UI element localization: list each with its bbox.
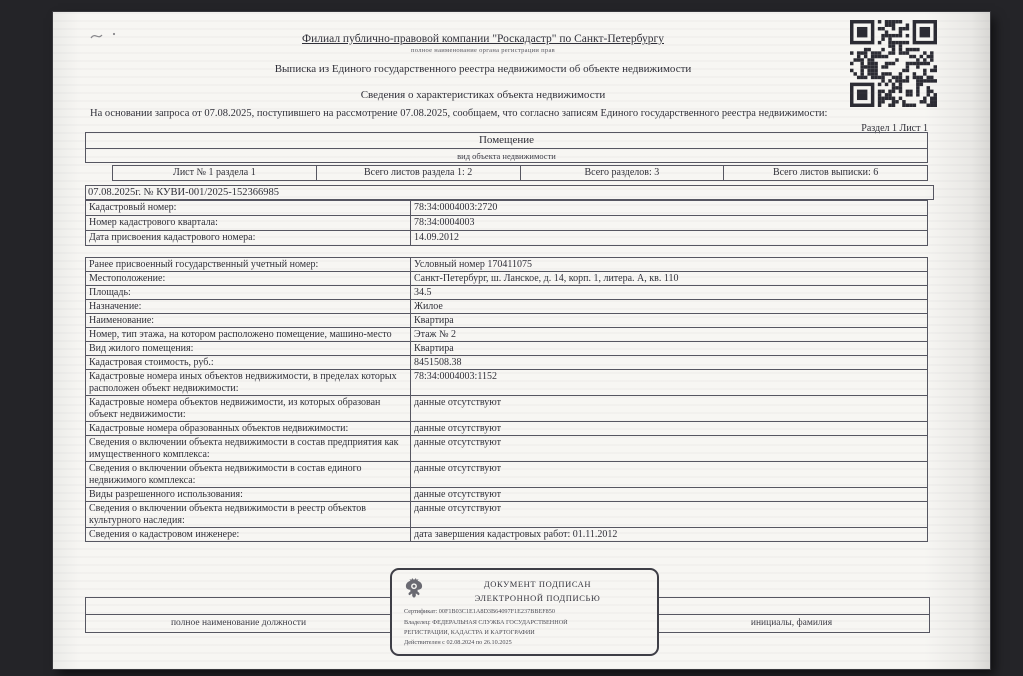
object-type-caption: вид объекта недвижимости bbox=[86, 149, 928, 163]
table-row: Местоположение:Санкт-Петербург, ш. Ланск… bbox=[86, 272, 928, 286]
stamp-line2: ЭЛЕКТРОННОЙ ПОДПИСЬЮ bbox=[422, 593, 653, 603]
sheet-info-cell: Всего разделов: 3 bbox=[520, 166, 724, 181]
row-label: Дата присвоения кадастрового номера: bbox=[86, 231, 411, 246]
row-label: Сведения о включении объекта недвижимост… bbox=[86, 462, 411, 488]
table-row: Ранее присвоенный государственный учетны… bbox=[86, 258, 928, 272]
row-value: данные отсутствуют bbox=[411, 422, 928, 436]
sheet-info-cell: Всего листов раздела 1: 2 bbox=[316, 166, 520, 181]
row-value: данные отсутствуют bbox=[411, 502, 928, 528]
table-row: Сведения о включении объекта недвижимост… bbox=[86, 462, 928, 488]
table-row: Сведения о включении объекта недвижимост… bbox=[86, 502, 928, 528]
stamp-owner-line2: РЕГИСТРАЦИИ, КАДАСТРА И КАРТОГРАФИИ bbox=[404, 629, 651, 636]
stamp-validity: Действителен с 02.08.2024 по 26.10.2025 bbox=[404, 639, 651, 646]
digital-signature-stamp: ДОКУМЕНТ ПОДПИСАН ЭЛЕКТРОННОЙ ПОДПИСЬЮ С… bbox=[390, 568, 659, 656]
row-label: Ранее присвоенный государственный учетны… bbox=[86, 258, 411, 272]
org-name: Филиал публично-правовой компании "Роска… bbox=[53, 33, 913, 45]
row-label: Кадастровый номер: bbox=[86, 201, 411, 216]
row-label: Кадастровые номера иных объектов недвижи… bbox=[86, 370, 411, 396]
row-value: 78:34:0004003:1152 bbox=[411, 370, 928, 396]
document-title: Выписка из Единого государственного реес… bbox=[53, 63, 913, 75]
table-row: Наименование:Квартира bbox=[86, 314, 928, 328]
row-value: 34.5 bbox=[411, 286, 928, 300]
sheet-info-cell: Всего листов выписки: 6 bbox=[724, 166, 928, 181]
row-value: Условный номер 170411075 bbox=[411, 258, 928, 272]
row-label: Сведения о кадастровом инженере: bbox=[86, 528, 411, 542]
row-label: Кадастровые номера образованных объектов… bbox=[86, 422, 411, 436]
stamp-certificate: Сертификат: 00F1B03C1E1A8D3B64097F1E237B… bbox=[404, 608, 651, 615]
row-value: данные отсутствуют bbox=[411, 396, 928, 422]
table-row: Номер, тип этажа, на котором расположено… bbox=[86, 328, 928, 342]
table-row: Кадастровая стоимость, руб.:8451508.38 bbox=[86, 356, 928, 370]
object-type-value: Помещение bbox=[86, 133, 928, 149]
org-name-caption: полное наименование органа регистрации п… bbox=[53, 47, 913, 54]
cadastral-table: Кадастровый номер:78:34:0004003:2720 Ном… bbox=[85, 200, 928, 246]
object-type-table: Помещение вид объекта недвижимости bbox=[85, 132, 928, 163]
row-label: Площадь: bbox=[86, 286, 411, 300]
sheet-info-table: Лист № 1 раздела 1 Всего листов раздела … bbox=[112, 165, 928, 181]
sheet-info-cell: Лист № 1 раздела 1 bbox=[113, 166, 317, 181]
row-value: данные отсутствуют bbox=[411, 462, 928, 488]
row-value: Квартира bbox=[411, 342, 928, 356]
row-value: 78:34:0004003 bbox=[411, 216, 928, 231]
table-row: Вид жилого помещения:Квартира bbox=[86, 342, 928, 356]
row-label: Виды разрешенного использования: bbox=[86, 488, 411, 502]
table-row: Сведения о включении объекта недвижимост… bbox=[86, 436, 928, 462]
section-title: Сведения о характеристиках объекта недви… bbox=[53, 89, 913, 101]
row-value: Квартира bbox=[411, 314, 928, 328]
name-caption: инициалы, фамилия bbox=[654, 618, 929, 628]
stamp-line1: ДОКУМЕНТ ПОДПИСАН bbox=[422, 579, 653, 589]
position-caption: полное наименование должности bbox=[86, 618, 391, 628]
row-label: Номер кадастрового квартала: bbox=[86, 216, 411, 231]
table-row: Площадь:34.5 bbox=[86, 286, 928, 300]
row-value: 78:34:0004003:2720 bbox=[411, 201, 928, 216]
row-value: 14.09.2012 bbox=[411, 231, 928, 246]
row-value: 8451508.38 bbox=[411, 356, 928, 370]
row-value: Жилое bbox=[411, 300, 928, 314]
request-number: 07.08.2025г. № КУВИ-001/2025-152366985 bbox=[85, 185, 934, 200]
table-row: Кадастровые номера образованных объектов… bbox=[86, 422, 928, 436]
table-row: Кадастровые номера объектов недвижимости… bbox=[86, 396, 928, 422]
characteristics-table: Ранее присвоенный государственный учетны… bbox=[85, 257, 928, 542]
row-value: дата завершения кадастровых работ: 01.11… bbox=[411, 528, 928, 542]
row-value: данные отсутствуют bbox=[411, 436, 928, 462]
row-label: Местоположение: bbox=[86, 272, 411, 286]
row-label: Номер, тип этажа, на котором расположено… bbox=[86, 328, 411, 342]
coat-of-arms-icon bbox=[405, 577, 423, 599]
table-row: Сведения о кадастровом инженере:дата зав… bbox=[86, 528, 928, 542]
row-label: Кадастровая стоимость, руб.: bbox=[86, 356, 411, 370]
row-label: Сведения о включении объекта недвижимост… bbox=[86, 436, 411, 462]
row-value: данные отсутствуют bbox=[411, 488, 928, 502]
document-page: Филиал публично-правовой компании "Роска… bbox=[53, 12, 990, 669]
table-row: Виды разрешенного использования:данные о… bbox=[86, 488, 928, 502]
basis-line: На основании запроса от 07.08.2025, пост… bbox=[90, 108, 938, 119]
row-label: Вид жилого помещения: bbox=[86, 342, 411, 356]
row-label: Назначение: bbox=[86, 300, 411, 314]
table-row: Назначение:Жилое bbox=[86, 300, 928, 314]
stamp-owner-line1: Владелец: ФЕДЕРАЛЬНАЯ СЛУЖБА ГОСУДАРСТВЕ… bbox=[404, 619, 651, 626]
row-value: Этаж № 2 bbox=[411, 328, 928, 342]
row-label: Кадастровые номера объектов недвижимости… bbox=[86, 396, 411, 422]
row-value: Санкт-Петербург, ш. Ланское, д. 14, корп… bbox=[411, 272, 928, 286]
row-label: Наименование: bbox=[86, 314, 411, 328]
table-row: Кадастровые номера иных объектов недвижи… bbox=[86, 370, 928, 396]
row-label: Сведения о включении объекта недвижимост… bbox=[86, 502, 411, 528]
